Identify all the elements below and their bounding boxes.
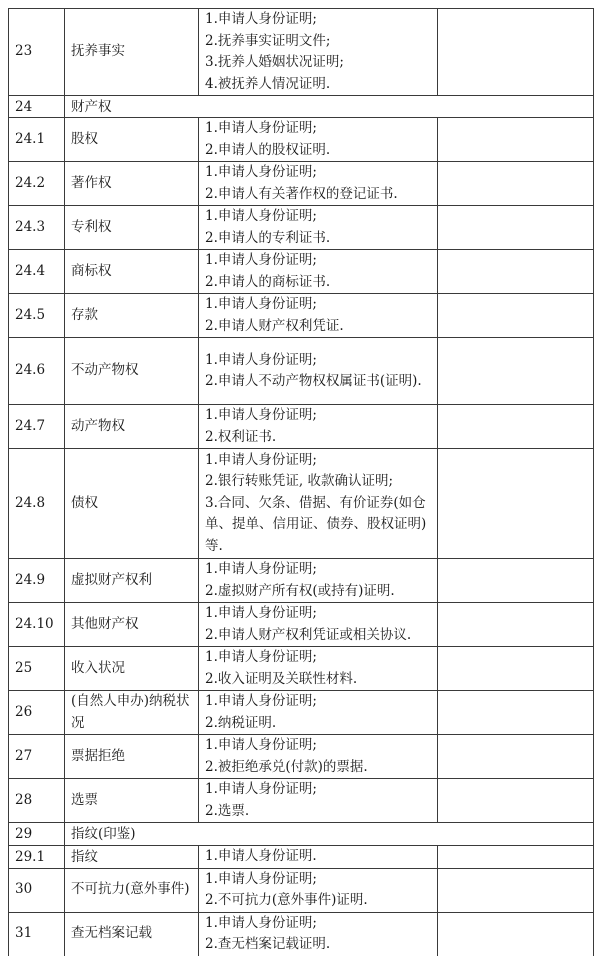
item-name: 票据拒绝 [65, 735, 199, 779]
item-name: 股权 [65, 118, 199, 162]
row-number: 24.9 [9, 559, 65, 603]
requirement-line: 1.申请人身份证明; [205, 779, 437, 801]
requirements-cell: 1.申请人身份证明; 2.申请人财产权利凭证或相关协议. [199, 603, 438, 647]
requirement-line: 1.申请人身份证明; [205, 691, 437, 713]
remark-cell [438, 691, 594, 735]
requirement-line: 1.申请人身份证明; [205, 869, 437, 891]
requirement-line: 2.抚养事实证明文件; [205, 31, 437, 53]
item-name: 抚养事实 [65, 9, 199, 96]
requirements-cell: 1.申请人身份证明; 2.虚拟财产所有权(或持有)证明. [199, 559, 438, 603]
requirement-line: 2.选票. [205, 801, 437, 823]
table-row: 24.9 虚拟财产权利 1.申请人身份证明; 2.虚拟财产所有权(或持有)证明. [9, 559, 594, 603]
table-row: 26 (自然人申办)纳税状况 1.申请人身份证明; 2.纳税证明. [9, 691, 594, 735]
item-name: 不动产物权 [65, 338, 199, 405]
requirement-line: 2.申请人的股权证明. [205, 140, 437, 162]
item-name: (自然人申办)纳税状况 [65, 691, 199, 735]
requirement-line: 1.申请人身份证明; [205, 405, 437, 427]
requirement-line: 2.收入证明及关联性材料. [205, 669, 437, 691]
item-name: 其他财产权 [65, 603, 199, 647]
requirements-cell: 1.申请人身份证明; 2.纳税证明. [199, 691, 438, 735]
table-row: 31 查无档案记载 1.申请人身份证明; 2.查无档案记载证明. [9, 912, 594, 956]
requirements-cell: 1.申请人身份证明; 2.被拒绝承兑(付款)的票据. [199, 735, 438, 779]
row-number: 24 [9, 96, 65, 118]
row-number: 25 [9, 647, 65, 691]
table-row: 24.1 股权 1.申请人身份证明; 2.申请人的股权证明. [9, 118, 594, 162]
remark-cell [438, 250, 594, 294]
item-name: 商标权 [65, 250, 199, 294]
requirement-line: 1.申请人身份证明; [205, 9, 437, 31]
row-number: 30 [9, 868, 65, 912]
item-name: 虚拟财产权利 [65, 559, 199, 603]
row-number: 27 [9, 735, 65, 779]
table-row: 24.8 债权 1.申请人身份证明; 2.银行转账凭证, 收款确认证明; 3.合… [9, 449, 594, 559]
item-name: 选票 [65, 779, 199, 823]
table-row: 28 选票 1.申请人身份证明; 2.选票. [9, 779, 594, 823]
item-name: 债权 [65, 449, 199, 559]
row-number: 29.1 [9, 846, 65, 869]
requirement-line: 1.申请人身份证明; [205, 162, 437, 184]
requirements-cell: 1.申请人身份证明; 2.查无档案记载证明. [199, 912, 438, 956]
row-number: 24.3 [9, 206, 65, 250]
notarization-materials-table: 23 抚养事实 1.申请人身份证明; 2.抚养事实证明文件; 3.抚养人婚姻状况… [8, 8, 594, 956]
requirement-line: 1.申请人身份证明; [205, 206, 437, 228]
remark-cell [438, 647, 594, 691]
requirement-line: 1.申请人身份证明; [205, 735, 437, 757]
row-number: 24.1 [9, 118, 65, 162]
remark-cell [438, 405, 594, 449]
remark-cell [438, 868, 594, 912]
requirement-line: 3.合同、欠条、借据、有价证券(如仓单、提单、信用证、债券、股权证明)等. [205, 493, 437, 558]
item-name: 动产物权 [65, 405, 199, 449]
remark-cell [438, 9, 594, 96]
remark-cell [438, 603, 594, 647]
requirement-line: 2.申请人不动产物权权属证书(证明). [205, 371, 437, 393]
table-row: 24.2 著作权 1.申请人身份证明; 2.申请人有关著作权的登记证书. [9, 162, 594, 206]
group-title: 财产权 [65, 96, 594, 118]
group-row: 29 指纹(印鉴) [9, 823, 594, 846]
table-row: 24.10 其他财产权 1.申请人身份证明; 2.申请人财产权利凭证或相关协议. [9, 603, 594, 647]
requirements-cell: 1.申请人身份证明; 2.申请人财产权利凭证. [199, 294, 438, 338]
table-row: 24.5 存款 1.申请人身份证明; 2.申请人财产权利凭证. [9, 294, 594, 338]
requirements-cell: 1.申请人身份证明; 2.申请人的商标证书. [199, 250, 438, 294]
remark-cell [438, 338, 594, 405]
requirement-line: 1.申请人身份证明; [205, 350, 437, 372]
table-row: 24.6 不动产物权 1.申请人身份证明; 2.申请人不动产物权权属证书(证明)… [9, 338, 594, 405]
remark-cell [438, 162, 594, 206]
table-row: 24.7 动产物权 1.申请人身份证明; 2.权利证书. [9, 405, 594, 449]
requirement-line: 1.申请人身份证明. [205, 846, 437, 868]
remark-cell [438, 118, 594, 162]
table-row: 24.4 商标权 1.申请人身份证明; 2.申请人的商标证书. [9, 250, 594, 294]
remark-cell [438, 559, 594, 603]
group-title: 指纹(印鉴) [65, 823, 594, 846]
table-row: 24.3 专利权 1.申请人身份证明; 2.申请人的专利证书. [9, 206, 594, 250]
item-name: 不可抗力(意外事件) [65, 868, 199, 912]
item-name: 指纹 [65, 846, 199, 869]
requirements-cell: 1.申请人身份证明; 2.抚养事实证明文件; 3.抚养人婚姻状况证明; 4.被抚… [199, 9, 438, 96]
requirements-cell: 1.申请人身份证明; 2.不可抗力(意外事件)证明. [199, 868, 438, 912]
row-number: 24.6 [9, 338, 65, 405]
requirement-line: 1.申请人身份证明; [205, 913, 437, 935]
requirement-line: 3.抚养人婚姻状况证明; [205, 52, 437, 74]
row-number: 24.5 [9, 294, 65, 338]
requirements-cell: 1.申请人身份证明; 2.申请人有关著作权的登记证书. [199, 162, 438, 206]
row-number: 26 [9, 691, 65, 735]
row-number: 31 [9, 912, 65, 956]
requirement-line: 2.虚拟财产所有权(或持有)证明. [205, 581, 437, 603]
table-row: 29.1 指纹 1.申请人身份证明. [9, 846, 594, 869]
requirements-cell: 1.申请人身份证明. [199, 846, 438, 869]
requirements-cell: 1.申请人身份证明; 2.申请人的专利证书. [199, 206, 438, 250]
table-row: 30 不可抗力(意外事件) 1.申请人身份证明; 2.不可抗力(意外事件)证明. [9, 868, 594, 912]
table-row: 23 抚养事实 1.申请人身份证明; 2.抚养事实证明文件; 3.抚养人婚姻状况… [9, 9, 594, 96]
row-number: 24.2 [9, 162, 65, 206]
item-name: 收入状况 [65, 647, 199, 691]
remark-cell [438, 912, 594, 956]
row-number: 29 [9, 823, 65, 846]
requirement-line: 1.申请人身份证明; [205, 559, 437, 581]
item-name: 专利权 [65, 206, 199, 250]
requirements-cell: 1.申请人身份证明; 2.收入证明及关联性材料. [199, 647, 438, 691]
requirement-line: 2.查无档案记载证明. [205, 934, 437, 956]
requirements-cell: 1.申请人身份证明; 2.申请人不动产物权权属证书(证明). [199, 338, 438, 405]
table-body: 23 抚养事实 1.申请人身份证明; 2.抚养事实证明文件; 3.抚养人婚姻状况… [9, 9, 594, 956]
requirement-line: 2.申请人的商标证书. [205, 272, 437, 294]
requirements-cell: 1.申请人身份证明; 2.权利证书. [199, 405, 438, 449]
requirement-line: 2.申请人的专利证书. [205, 228, 437, 250]
requirement-line: 2.纳税证明. [205, 713, 437, 735]
remark-cell [438, 735, 594, 779]
table-row: 25 收入状况 1.申请人身份证明; 2.收入证明及关联性材料. [9, 647, 594, 691]
requirement-line: 2.申请人财产权利凭证. [205, 316, 437, 338]
requirements-cell: 1.申请人身份证明; 2.选票. [199, 779, 438, 823]
remark-cell [438, 449, 594, 559]
requirement-line: 2.银行转账凭证, 收款确认证明; [205, 471, 437, 493]
row-number: 24.4 [9, 250, 65, 294]
remark-cell [438, 846, 594, 869]
requirement-line: 2.被拒绝承兑(付款)的票据. [205, 757, 437, 779]
item-name: 查无档案记载 [65, 912, 199, 956]
remark-cell [438, 206, 594, 250]
requirement-line: 2.不可抗力(意外事件)证明. [205, 890, 437, 912]
requirement-line: 1.申请人身份证明; [205, 250, 437, 272]
remark-cell [438, 294, 594, 338]
requirements-cell: 1.申请人身份证明; 2.银行转账凭证, 收款确认证明; 3.合同、欠条、借据、… [199, 449, 438, 559]
row-number: 24.7 [9, 405, 65, 449]
requirement-line: 1.申请人身份证明; [205, 603, 437, 625]
row-number: 28 [9, 779, 65, 823]
item-name: 存款 [65, 294, 199, 338]
row-number: 24.8 [9, 449, 65, 559]
table-row: 27 票据拒绝 1.申请人身份证明; 2.被拒绝承兑(付款)的票据. [9, 735, 594, 779]
requirements-cell: 1.申请人身份证明; 2.申请人的股权证明. [199, 118, 438, 162]
remark-cell [438, 779, 594, 823]
row-number: 24.10 [9, 603, 65, 647]
requirement-line: 4.被抚养人情况证明. [205, 74, 437, 96]
requirement-line: 1.申请人身份证明; [205, 294, 437, 316]
requirement-line: 1.申请人身份证明; [205, 647, 437, 669]
group-row: 24 财产权 [9, 96, 594, 118]
requirement-line: 2.权利证书. [205, 427, 437, 449]
item-name: 著作权 [65, 162, 199, 206]
requirement-line: 1.申请人身份证明; [205, 118, 437, 140]
requirement-line: 2.申请人有关著作权的登记证书. [205, 184, 437, 206]
requirement-line: 1.申请人身份证明; [205, 450, 437, 472]
requirement-line: 2.申请人财产权利凭证或相关协议. [205, 625, 437, 647]
row-number: 23 [9, 9, 65, 96]
